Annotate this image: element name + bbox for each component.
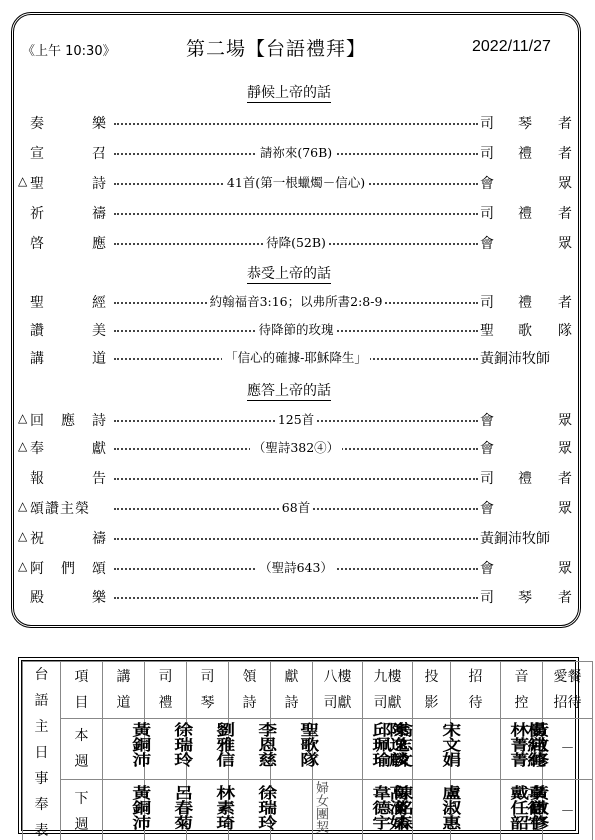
item-leader: 會眾	[480, 438, 578, 460]
duty-name: 黃啟修	[529, 722, 548, 767]
duty-name: 韋德宇	[371, 785, 390, 830]
section-title: 靜候上帝的話	[247, 85, 331, 103]
week-label-char: 下	[61, 786, 102, 812]
duty-name: 翁志文	[393, 722, 412, 767]
duty-name: 宋文娟	[441, 722, 460, 767]
item-leader-char: 隊	[558, 320, 572, 340]
section-heading: 靜候上帝的話	[0, 82, 578, 102]
program-item: 讚美待降節的玫瑰聖歌隊	[18, 320, 578, 342]
column-header: 招待	[451, 662, 501, 719]
item-content: 125首	[275, 412, 317, 427]
dot-leader-line	[114, 123, 478, 125]
item-label-char: 詩	[92, 173, 106, 193]
column-header-line: 道	[103, 690, 144, 716]
item-leader: 黃銅沛牧師	[480, 528, 578, 550]
item-content: 待降節的玫瑰	[255, 322, 336, 337]
dot-leader: 待降(52B)	[114, 233, 478, 255]
empty-dash: －	[561, 804, 575, 820]
item-label-char: 美	[92, 320, 106, 340]
dot-leader-line	[114, 597, 478, 599]
side-title-char: 事	[23, 766, 60, 792]
item-leader: 司琴者	[480, 113, 578, 135]
column-header-line: 司獻	[363, 690, 412, 716]
item-leader: 聖歌隊	[480, 320, 578, 342]
item-leader-char: 聖	[480, 320, 494, 340]
program-item: 宣召請祢來(76B)司禮者	[18, 143, 578, 165]
item-label: 宣召	[18, 143, 118, 165]
side-title-char: 語	[23, 688, 60, 714]
item-label-char: 阿	[30, 558, 44, 578]
item-leader-char: 司	[480, 468, 494, 488]
duty-names: 宋文娟	[413, 722, 458, 767]
duty-table: 台語主日事奉表項目講道司禮司琴領詩獻詩八樓司獻九樓司獻投影招待音控愛餐招待本週黃…	[18, 657, 579, 834]
column-header-line: 九樓	[363, 664, 412, 690]
dot-leader: （聖詩382④）	[114, 438, 478, 460]
item-label-char: 告	[92, 468, 106, 488]
item-leader-char: 者	[558, 113, 572, 133]
section-heading: 恭受上帝的話	[0, 263, 578, 283]
item-leader-char: 會	[480, 438, 494, 458]
item-leader-text: 黃銅沛牧師	[480, 528, 550, 548]
item-leader-char: 司	[480, 113, 494, 133]
program-item: △聖詩41首(第一根蠟燭－信心)會眾	[18, 173, 578, 195]
item-leader: 司禮者	[480, 468, 578, 490]
column-header-line: 音	[501, 664, 542, 690]
service-date: 2022/11/27	[472, 38, 551, 56]
duty-name: 林菁菁	[509, 722, 528, 767]
item-label-char: 們	[61, 558, 75, 578]
program-item: △回應詩125首會眾	[18, 410, 578, 432]
header-label-cell: 項目	[61, 662, 103, 719]
item-leader-char: 禮	[518, 468, 532, 488]
item-content: 41首(第一根蠟燭－信心)	[224, 175, 368, 190]
program-item: 啓應待降(52B)會眾	[18, 233, 578, 255]
program-item: 奏樂司琴者	[18, 113, 578, 135]
column-header-line: 愛餐	[543, 664, 592, 690]
item-leader: 司琴者	[480, 587, 578, 609]
week-label-cell: 下週	[61, 779, 103, 840]
item-content: （聖詩382④）	[250, 440, 342, 455]
column-header: 愛餐招待	[543, 662, 593, 719]
item-leader: 黃銅沛牧師	[480, 348, 578, 370]
section-heading: 應答上帝的話	[0, 380, 578, 400]
duty-cell: 高滿妹韋德宇	[313, 779, 363, 840]
program-item: 聖經約翰福音3:16；以弗所書2:8-9司禮者	[18, 292, 578, 314]
column-header-line: 招待	[543, 690, 592, 716]
page-title: 第二場【台語禮拜】	[186, 34, 366, 61]
duty-name: 李恩慈	[257, 722, 276, 767]
duty-name: 黃銅沛	[131, 722, 150, 767]
item-leader: 司禮者	[480, 143, 578, 165]
program-item: 報告司禮者	[18, 468, 578, 490]
item-leader-char: 禮	[518, 203, 532, 223]
item-leader-char: 琴	[518, 113, 532, 133]
triangle-marker-icon: △	[18, 529, 27, 543]
duty-name: 黃銅沛	[131, 785, 150, 830]
item-leader-char: 會	[480, 558, 494, 578]
duty-name: 徐瑞玲	[257, 785, 276, 830]
dot-leader-line	[114, 538, 478, 540]
duty-table-grid: 台語主日事奉表項目講道司禮司琴領詩獻詩八樓司獻九樓司獻投影招待音控愛餐招待本週黃…	[22, 661, 593, 840]
duty-name: 劉雅信	[215, 722, 234, 767]
column-header-line: 司獻	[313, 690, 362, 716]
column-header-line: 招	[451, 664, 500, 690]
item-leader-char: 司	[480, 203, 494, 223]
item-leader: 會眾	[480, 173, 578, 195]
empty-dash: －	[561, 741, 575, 757]
column-header-line: 投	[413, 664, 450, 690]
item-label-char: 應	[92, 233, 106, 253]
item-leader-char: 會	[480, 233, 494, 253]
program-item: △奉獻（聖詩382④）會眾	[18, 438, 578, 460]
item-label: 讚美	[18, 320, 118, 342]
dot-leader: （聖詩643）	[114, 558, 478, 580]
item-label: △聖詩	[18, 173, 118, 195]
item-label-char: 道	[92, 348, 106, 368]
item-leader-char: 眾	[558, 173, 572, 193]
program-item: 講道「信心的確據-耶穌降生」黃銅沛牧師	[18, 348, 578, 370]
column-header: 九樓司獻	[363, 662, 413, 719]
item-label-char: 讚	[30, 320, 44, 340]
column-header-line: 獻	[271, 664, 312, 690]
item-label: 聖經	[18, 292, 118, 314]
side-title-char: 日	[23, 740, 60, 766]
item-label-char: 禱	[92, 528, 106, 548]
duty-name: 黃啟修	[529, 785, 548, 830]
item-content: 待降(52B)	[263, 235, 329, 250]
item-leader-char: 會	[480, 173, 494, 193]
column-header: 投影	[413, 662, 451, 719]
section-title: 應答上帝的話	[247, 383, 331, 401]
table-side-title: 台語主日事奉表	[23, 662, 61, 840]
item-content: （聖詩643）	[256, 560, 336, 575]
duty-name: 聖歌隊	[299, 722, 318, 767]
item-label-char: 樂	[92, 587, 106, 607]
item-leader-char: 禮	[518, 143, 532, 163]
side-title-char: 奉	[23, 792, 60, 818]
item-label-char: 聖	[30, 292, 44, 312]
item-label-text: 頌讚主榮	[30, 498, 90, 518]
item-leader-text: 黃銅沛牧師	[480, 348, 550, 368]
dot-leader: 「信心的確據-耶穌降生」	[114, 348, 478, 370]
header-label-char: 項	[61, 664, 102, 690]
item-leader: 會眾	[480, 498, 578, 520]
item-label-char: 殿	[30, 587, 44, 607]
dot-leader: 請祢來(76B)	[114, 143, 478, 165]
item-leader: 司禮者	[480, 203, 578, 225]
dot-leader: 待降節的玫瑰	[114, 320, 478, 342]
program-item: 祈禱司禮者	[18, 203, 578, 225]
item-leader-char: 眾	[558, 233, 572, 253]
dot-leader	[114, 528, 478, 550]
item-label-char: 聖	[30, 173, 44, 193]
item-leader-char: 眾	[558, 498, 572, 518]
item-label-char: 回	[30, 410, 44, 430]
item-leader-char: 歌	[518, 320, 532, 340]
item-content: 請祢來(76B)	[257, 145, 335, 160]
duty-name: 林素琦	[215, 785, 234, 830]
item-label-char: 經	[92, 292, 106, 312]
program-item: △阿們頌（聖詩643）會眾	[18, 558, 578, 580]
program-item: △頌讚主榮68首會眾	[18, 498, 578, 520]
dot-leader-line	[114, 213, 478, 215]
item-leader-char: 司	[480, 587, 494, 607]
column-header: 八樓司獻	[313, 662, 363, 719]
item-leader-char: 禮	[518, 292, 532, 312]
dot-leader: 41首(第一根蠟燭－信心)	[114, 173, 478, 195]
duty-name: 徐瑞玲	[173, 722, 192, 767]
item-label: 殿樂	[18, 587, 118, 609]
item-label: 啓應	[18, 233, 118, 255]
duty-names: 盧淑惠	[413, 785, 458, 830]
side-title-char: 表	[23, 818, 60, 840]
item-leader-char: 者	[558, 143, 572, 163]
item-label: 祈禱	[18, 203, 118, 225]
item-label-char: 祈	[30, 203, 44, 223]
column-header: 獻詩	[271, 662, 313, 719]
item-leader: 會眾	[480, 233, 578, 255]
item-label-char: 祝	[30, 528, 44, 548]
program-item: 殿樂司琴者	[18, 587, 578, 609]
item-label: △回應詩	[18, 410, 118, 432]
duty-names: 黃銅沛	[103, 722, 148, 767]
week-label-char: 本	[61, 723, 102, 749]
item-leader: 會眾	[480, 558, 578, 580]
item-label: △祝禱	[18, 528, 118, 550]
duty-cell: 黃銅沛	[103, 779, 145, 840]
header-label-char: 目	[61, 690, 102, 716]
item-leader-char: 者	[558, 587, 572, 607]
dot-leader: 125首	[114, 410, 478, 432]
week-label-cell: 本週	[61, 718, 103, 779]
item-label-char: 啓	[30, 233, 44, 253]
column-header-line: 講	[103, 664, 144, 690]
column-header-line: 琴	[187, 690, 228, 716]
item-label-char: 頌	[92, 558, 106, 578]
column-header: 司禮	[145, 662, 187, 719]
duty-cell: 盧淑惠	[413, 779, 451, 840]
triangle-marker-icon: △	[18, 174, 27, 188]
item-label: △奉獻	[18, 438, 118, 460]
item-label-char: 報	[30, 468, 44, 488]
column-header-line: 司	[187, 664, 228, 690]
column-header-line: 詩	[271, 690, 312, 716]
side-title-char: 主	[23, 714, 60, 740]
item-leader-char: 眾	[558, 438, 572, 458]
item-label-char: 詩	[92, 410, 106, 430]
dot-leader	[114, 468, 478, 490]
section-title: 恭受上帝的話	[247, 266, 331, 284]
item-leader: 會眾	[480, 410, 578, 432]
dot-leader	[114, 203, 478, 225]
duty-names: 黃銅沛	[103, 785, 148, 830]
item-label-char: 應	[61, 410, 75, 430]
column-header: 音控	[501, 662, 543, 719]
item-label-char: 奉	[30, 438, 44, 458]
duty-name: 戴任韶	[509, 785, 528, 830]
dot-leader-line	[114, 478, 478, 480]
triangle-marker-icon: △	[18, 559, 27, 573]
column-header: 領詩	[229, 662, 271, 719]
duty-cell: 宋文娟	[413, 718, 451, 779]
item-label: △阿們頌	[18, 558, 118, 580]
triangle-marker-icon: △	[18, 439, 27, 453]
item-content: 「信心的確據-耶穌降生」	[222, 350, 370, 365]
item-leader: 司禮者	[480, 292, 578, 314]
item-leader-char: 眾	[558, 558, 572, 578]
item-leader-char: 眾	[558, 410, 572, 430]
dot-leader	[114, 587, 478, 609]
item-leader-char: 司	[480, 143, 494, 163]
item-label-char: 講	[30, 348, 44, 368]
duty-name: 邱珮瑜	[371, 722, 390, 767]
triangle-marker-icon: △	[18, 411, 27, 425]
triangle-marker-icon: △	[18, 499, 27, 513]
item-leader-char: 會	[480, 498, 494, 518]
column-header-line: 司	[145, 664, 186, 690]
item-label: 報告	[18, 468, 118, 490]
item-content: 約翰福音3:16；以弗所書2:8-9	[207, 294, 386, 309]
dot-leader: 約翰福音3:16；以弗所書2:8-9	[114, 292, 478, 314]
item-label-char: 奏	[30, 113, 44, 133]
dot-leader	[114, 113, 478, 135]
column-header-line: 待	[451, 690, 500, 716]
service-time: 《上午 10:30》	[22, 40, 116, 59]
item-label-char: 獻	[92, 438, 106, 458]
item-leader-char: 者	[558, 203, 572, 223]
item-leader-char: 琴	[518, 587, 532, 607]
week-label-char: 週	[61, 812, 102, 838]
column-header-line: 領	[229, 664, 270, 690]
side-title-char: 台	[23, 662, 60, 688]
duty-name: 盧淑惠	[441, 785, 460, 830]
item-label: △頌讚主榮	[18, 498, 118, 520]
column-header-line: 詩	[229, 690, 270, 716]
item-leader-char: 者	[558, 292, 572, 312]
item-label: 講道	[18, 348, 118, 370]
item-leader-char: 者	[558, 468, 572, 488]
item-label: 奏樂	[18, 113, 118, 135]
column-header-line: 禮	[145, 690, 186, 716]
column-header: 司琴	[187, 662, 229, 719]
item-leader-char: 司	[480, 292, 494, 312]
column-header-line: 八樓	[313, 664, 362, 690]
duty-name: 陳銘森	[393, 785, 412, 830]
column-header: 講道	[103, 662, 145, 719]
item-leader-char: 會	[480, 410, 494, 430]
item-label-char: 宣	[30, 143, 44, 163]
program-item: △祝禱黃銅沛牧師	[18, 528, 578, 550]
item-label-char: 禱	[92, 203, 106, 223]
dot-leader: 68首	[114, 498, 478, 520]
item-content: 68首	[279, 500, 313, 515]
column-header-line: 控	[501, 690, 542, 716]
item-label-char: 樂	[92, 113, 106, 133]
duty-cell: 黃銅沛	[103, 718, 145, 779]
duty-name: 呂春菊	[173, 785, 192, 830]
item-label-char: 召	[92, 143, 106, 163]
column-header-line: 影	[413, 690, 450, 716]
week-label-char: 週	[61, 749, 102, 775]
